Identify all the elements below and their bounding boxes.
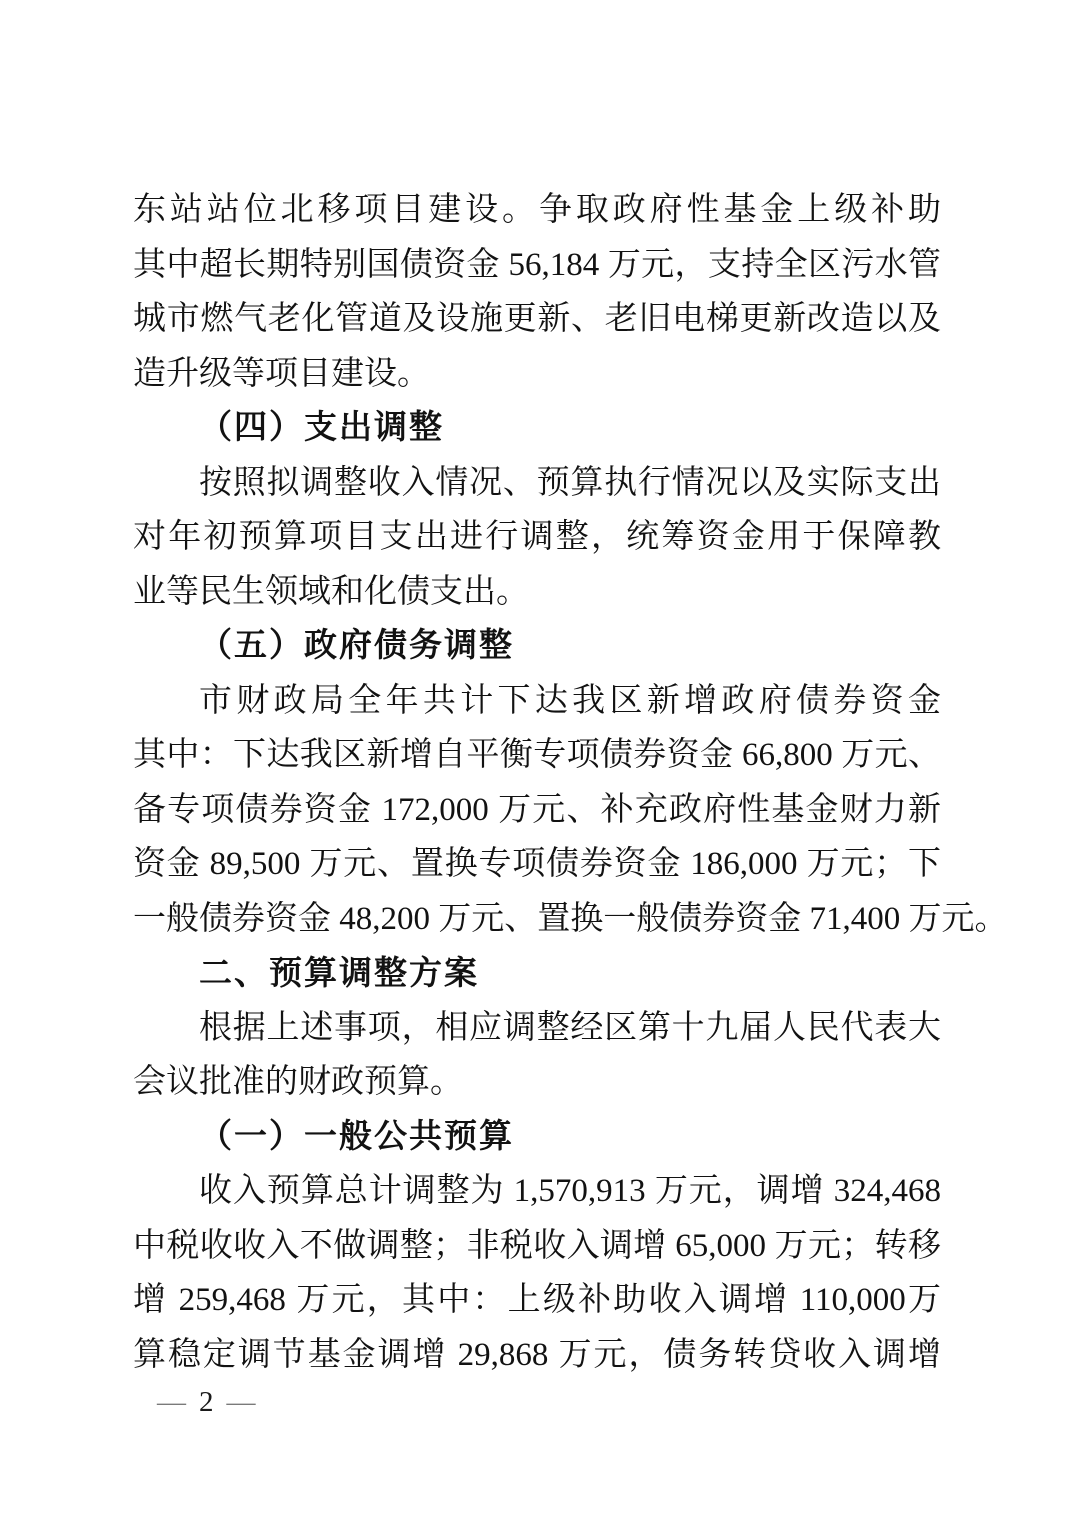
paragraph-line: 按照拟调整收入情况、预算执行情况以及实际支出需求，需 bbox=[133, 456, 941, 511]
paragraph-line: 备专项债券资金 172,000 万元、补充政府性基金财力新增专项债券 bbox=[133, 783, 941, 838]
paragraph-line: 资金 89,500 万元、置换专项债券资金 186,000 万元；下达我区新增 bbox=[133, 837, 941, 892]
page-number-dash-left: — bbox=[157, 1386, 186, 1418]
paragraph-line: 造升级等项目建设。 bbox=[133, 347, 941, 402]
paragraph-line: 根据上述事项，相应调整经区第十九届人民代表大会第六次 bbox=[133, 1001, 941, 1056]
page-number-value: 2 bbox=[199, 1386, 214, 1418]
paragraph-line: 一般债券资金 48,200 万元、置换一般债券资金 71,400 万元。 bbox=[133, 892, 941, 947]
heading-government-debt-adjustment: （五）政府债务调整 bbox=[133, 619, 941, 674]
paragraph-line: 中税收收入不做调整；非税收入调增 65,000 万元；转移性收入调 bbox=[133, 1219, 941, 1274]
page-number-dash-right: — bbox=[227, 1386, 256, 1418]
paragraph-line: 收入预算总计调整为 1,570,913 万元，调增 324,468 万元，其 bbox=[133, 1164, 941, 1219]
paragraph-line: 东站站位北移项目建设。争取政府性基金上级补助 553,216 万元， bbox=[133, 183, 941, 238]
heading-budget-adjustment-plan: 二、预算调整方案 bbox=[133, 946, 941, 1001]
heading-expenditure-adjustment: （四）支出调整 bbox=[133, 401, 941, 456]
heading-general-public-budget: （一）一般公共预算 bbox=[133, 1110, 941, 1165]
paragraph-line: 业等民生领域和化债支出。 bbox=[133, 565, 941, 620]
paragraph-line: 算稳定调节基金调增 29,868 万元，债务转贷收入调增 119,600 万 bbox=[133, 1328, 941, 1383]
paragraph-line: 会议批准的财政预算。 bbox=[133, 1055, 941, 1110]
paragraph-line: 其中超长期特别国债资金 56,184 万元，支持全区污水管网改造、 bbox=[133, 238, 941, 293]
paragraph-line: 对年初预算项目支出进行调整，统筹资金用于保障教育、社保、农 bbox=[133, 510, 941, 565]
page-number: — 2 — bbox=[157, 1386, 256, 1418]
paragraph-line: 城市燃气老化管道及设施更新、老旧电梯更新改造以及智能化改 bbox=[133, 292, 941, 347]
paragraph-line: 增 259,468 万元，其中：上级补助收入调增 110,000万元，动用预 bbox=[133, 1273, 941, 1328]
document-text-block: 东站站位北移项目建设。争取政府性基金上级补助 553,216 万元， 其中超长期… bbox=[133, 183, 941, 1382]
paragraph-line: 市财政局全年共计下达我区新增政府债券资金 633,900 万元， bbox=[133, 674, 941, 729]
paragraph-line: 其中：下达我区新增自平衡专项债券资金 66,800 万元、新增土地储 bbox=[133, 728, 941, 783]
